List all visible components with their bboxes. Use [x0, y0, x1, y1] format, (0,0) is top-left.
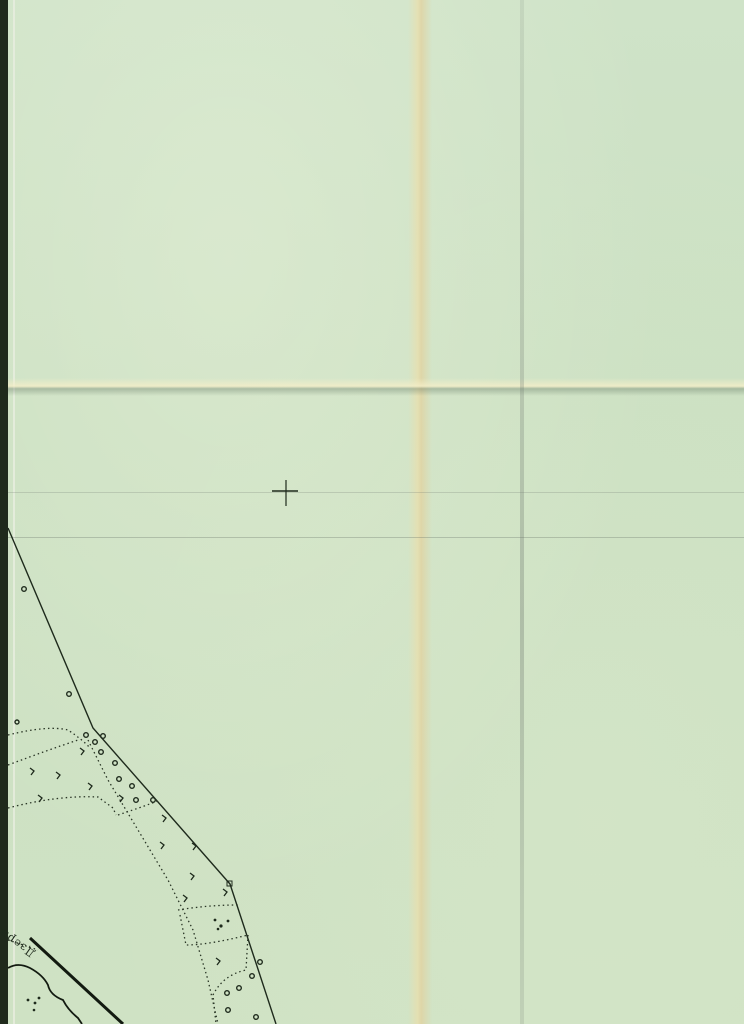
tree-symbols: [15, 587, 262, 1020]
shrub-symbols: [30, 748, 227, 965]
road: [30, 938, 123, 1024]
map-sheet: Дзержинск...: [8, 0, 744, 1024]
boundary-line: [8, 528, 276, 1024]
map-fragment: [8, 0, 744, 1024]
